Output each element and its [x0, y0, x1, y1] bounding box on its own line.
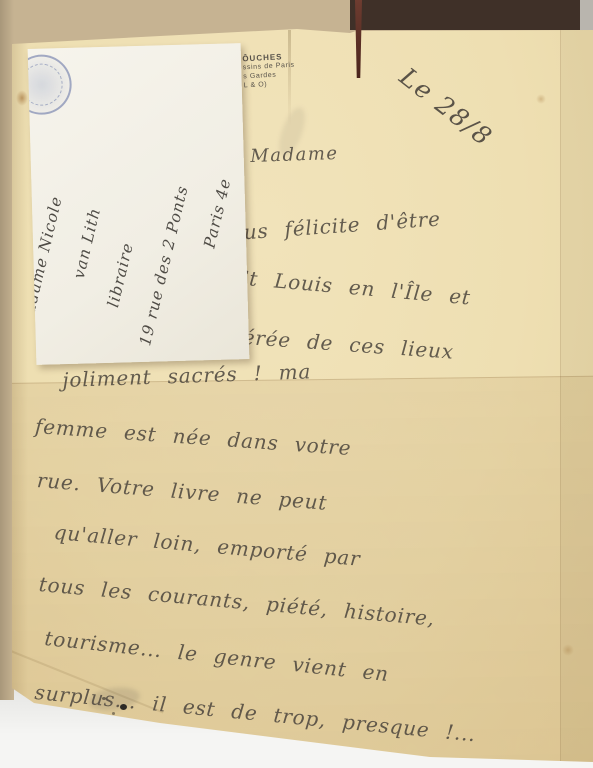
foxing-spot: [536, 94, 546, 104]
background-shade-left: [0, 0, 14, 700]
ink-blot: [120, 704, 127, 710]
letter-paper: ÔUCHES ssins de Paris s Gardes L & O) Le…: [0, 0, 593, 768]
ink-blot: [102, 697, 106, 700]
visiting-card: Madame Nicole van Lith libraire 19 rue d…: [28, 43, 250, 365]
letter-date: Le 28/8: [394, 62, 498, 152]
letterhead-print: ÔUCHES ssins de Paris s Gardes L & O): [242, 52, 296, 91]
foxing-spot: [16, 90, 28, 106]
ink-blot: [112, 712, 115, 715]
book-cover-dark: [350, 0, 593, 30]
letter-greeting: Madame: [250, 143, 339, 167]
letter-body-line: hérée de ces lieux: [228, 324, 454, 364]
letter-body-line: vous félicite d'être: [218, 206, 441, 245]
photo-background: ÔUCHES ssins de Paris s Gardes L & O) Le…: [0, 0, 593, 768]
foxing-spot: [562, 644, 574, 656]
letter-body-line: St Louis en l'Île et: [234, 265, 472, 310]
card-address: Madame Nicole van Lith libraire 19 rue d…: [28, 43, 250, 365]
